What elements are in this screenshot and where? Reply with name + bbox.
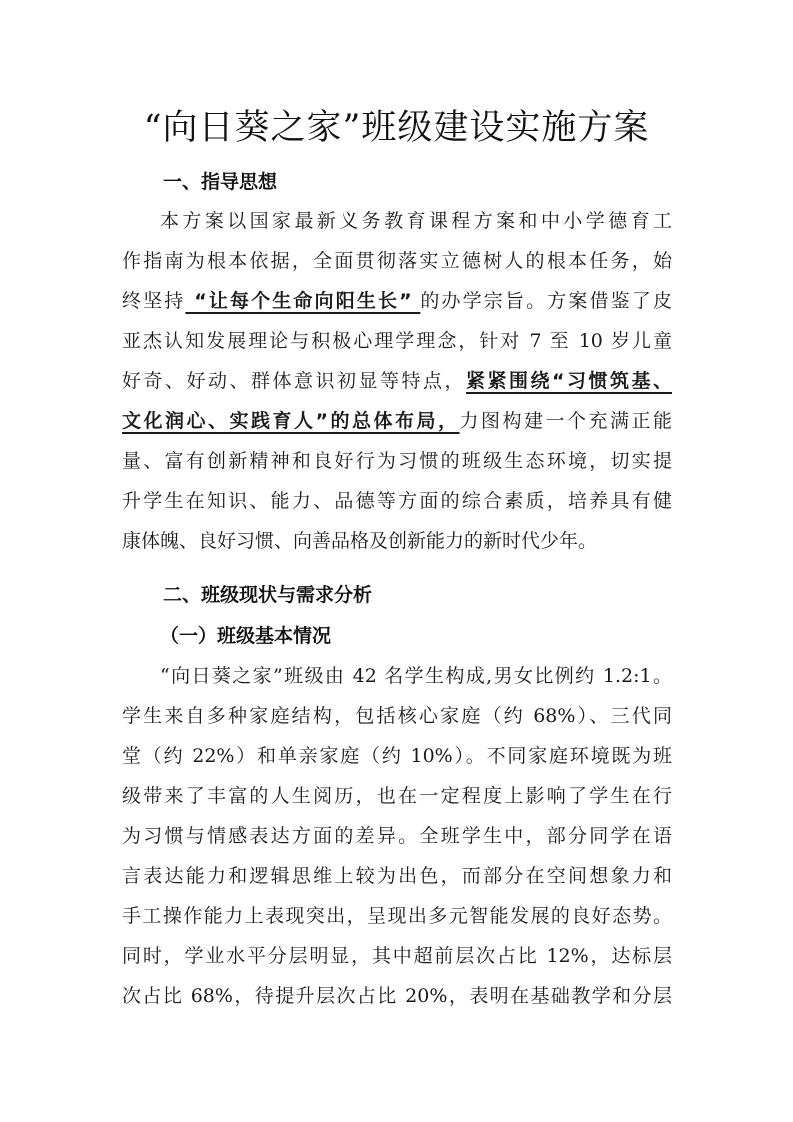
paragraph-line: 同时，学业水平分层明显，其中超前层次占比 12%，达标层 (122, 942, 672, 970)
paragraph-line: 亚杰认知发展理论与积极心理学理念，针对 7 至 10 岁儿童 (122, 327, 672, 355)
paragraph-line: 康体魄、良好习惯、向善品格及创新能力的新时代少年。 (122, 527, 672, 555)
paragraph-line: 终坚持 “让每个生命向阳生长” 的办学宗旨。方案借鉴了皮 (122, 287, 672, 315)
paragraph-line: “向日葵之家”班级由 42 名学生构成,男女比例约 1.2:1。 (160, 662, 672, 690)
paragraph-line: 手工操作能力上表现突出，呈现出多元智能发展的良好态势。 (122, 902, 672, 930)
line-text: 好奇、好动、群体意识初显等特点， (122, 370, 466, 392)
document-page: “向日葵之家”班级建设实施方案 一、指导思想 本方案以国家最新义务教育课程方案和… (0, 0, 793, 1122)
document-title: “向日葵之家”班级建设实施方案 (0, 104, 793, 152)
paragraph-line: 言表达能力和逻辑思维上较为出色，而部分在空间想象力和 (122, 862, 672, 890)
underlined-layout-phrase: 紧紧围绕“习惯筑基、 (466, 370, 672, 392)
paragraph-line: 级带来了丰富的人生阅历，也在一定程度上影响了学生在行 (122, 782, 672, 810)
paragraph-line: 学生来自多种家庭结构，包括核心家庭（约 68%）、三代同 (122, 702, 672, 730)
section-heading-guiding-ideology: 一、指导思想 (163, 168, 277, 196)
paragraph-line: 好奇、好动、群体意识初显等特点，紧紧围绕“习惯筑基、 (122, 367, 672, 395)
line-text: 力图构建一个充满正能 (459, 410, 672, 432)
underlined-motto: “让每个生命向阳生长” (185, 290, 420, 312)
section-heading-class-analysis: 二、班级现状与需求分析 (163, 581, 372, 609)
underlined-layout-phrase: 文化润心、实践育人”的总体布局， (122, 410, 459, 432)
paragraph-line: 文化润心、实践育人”的总体布局，力图构建一个充满正能 (122, 407, 672, 435)
line-text: 终坚持 (122, 290, 185, 312)
line-text: 的办学宗旨。方案借鉴了皮 (420, 290, 672, 312)
subsection-heading-basic-info: （一）班级基本情况 (160, 622, 331, 650)
paragraph-line: 本方案以国家最新义务教育课程方案和中小学德育工 (160, 207, 672, 235)
paragraph-line: 堂（约 22%）和单亲家庭（约 10%）。不同家庭环境既为班 (122, 742, 672, 770)
paragraph-line: 作指南为根本依据，全面贯彻落实立德树人的根本任务，始 (122, 247, 672, 275)
paragraph-line: 为习惯与情感表达方面的差异。全班学生中，部分同学在语 (122, 822, 672, 850)
paragraph-line: 次占比 68%，待提升层次占比 20%，表明在基础教学和分层 (122, 982, 672, 1010)
paragraph-line: 量、富有创新精神和良好行为习惯的班级生态环境，切实提 (122, 447, 672, 475)
paragraph-line: 升学生在知识、能力、品德等方面的综合素质，培养具有健 (122, 487, 672, 515)
